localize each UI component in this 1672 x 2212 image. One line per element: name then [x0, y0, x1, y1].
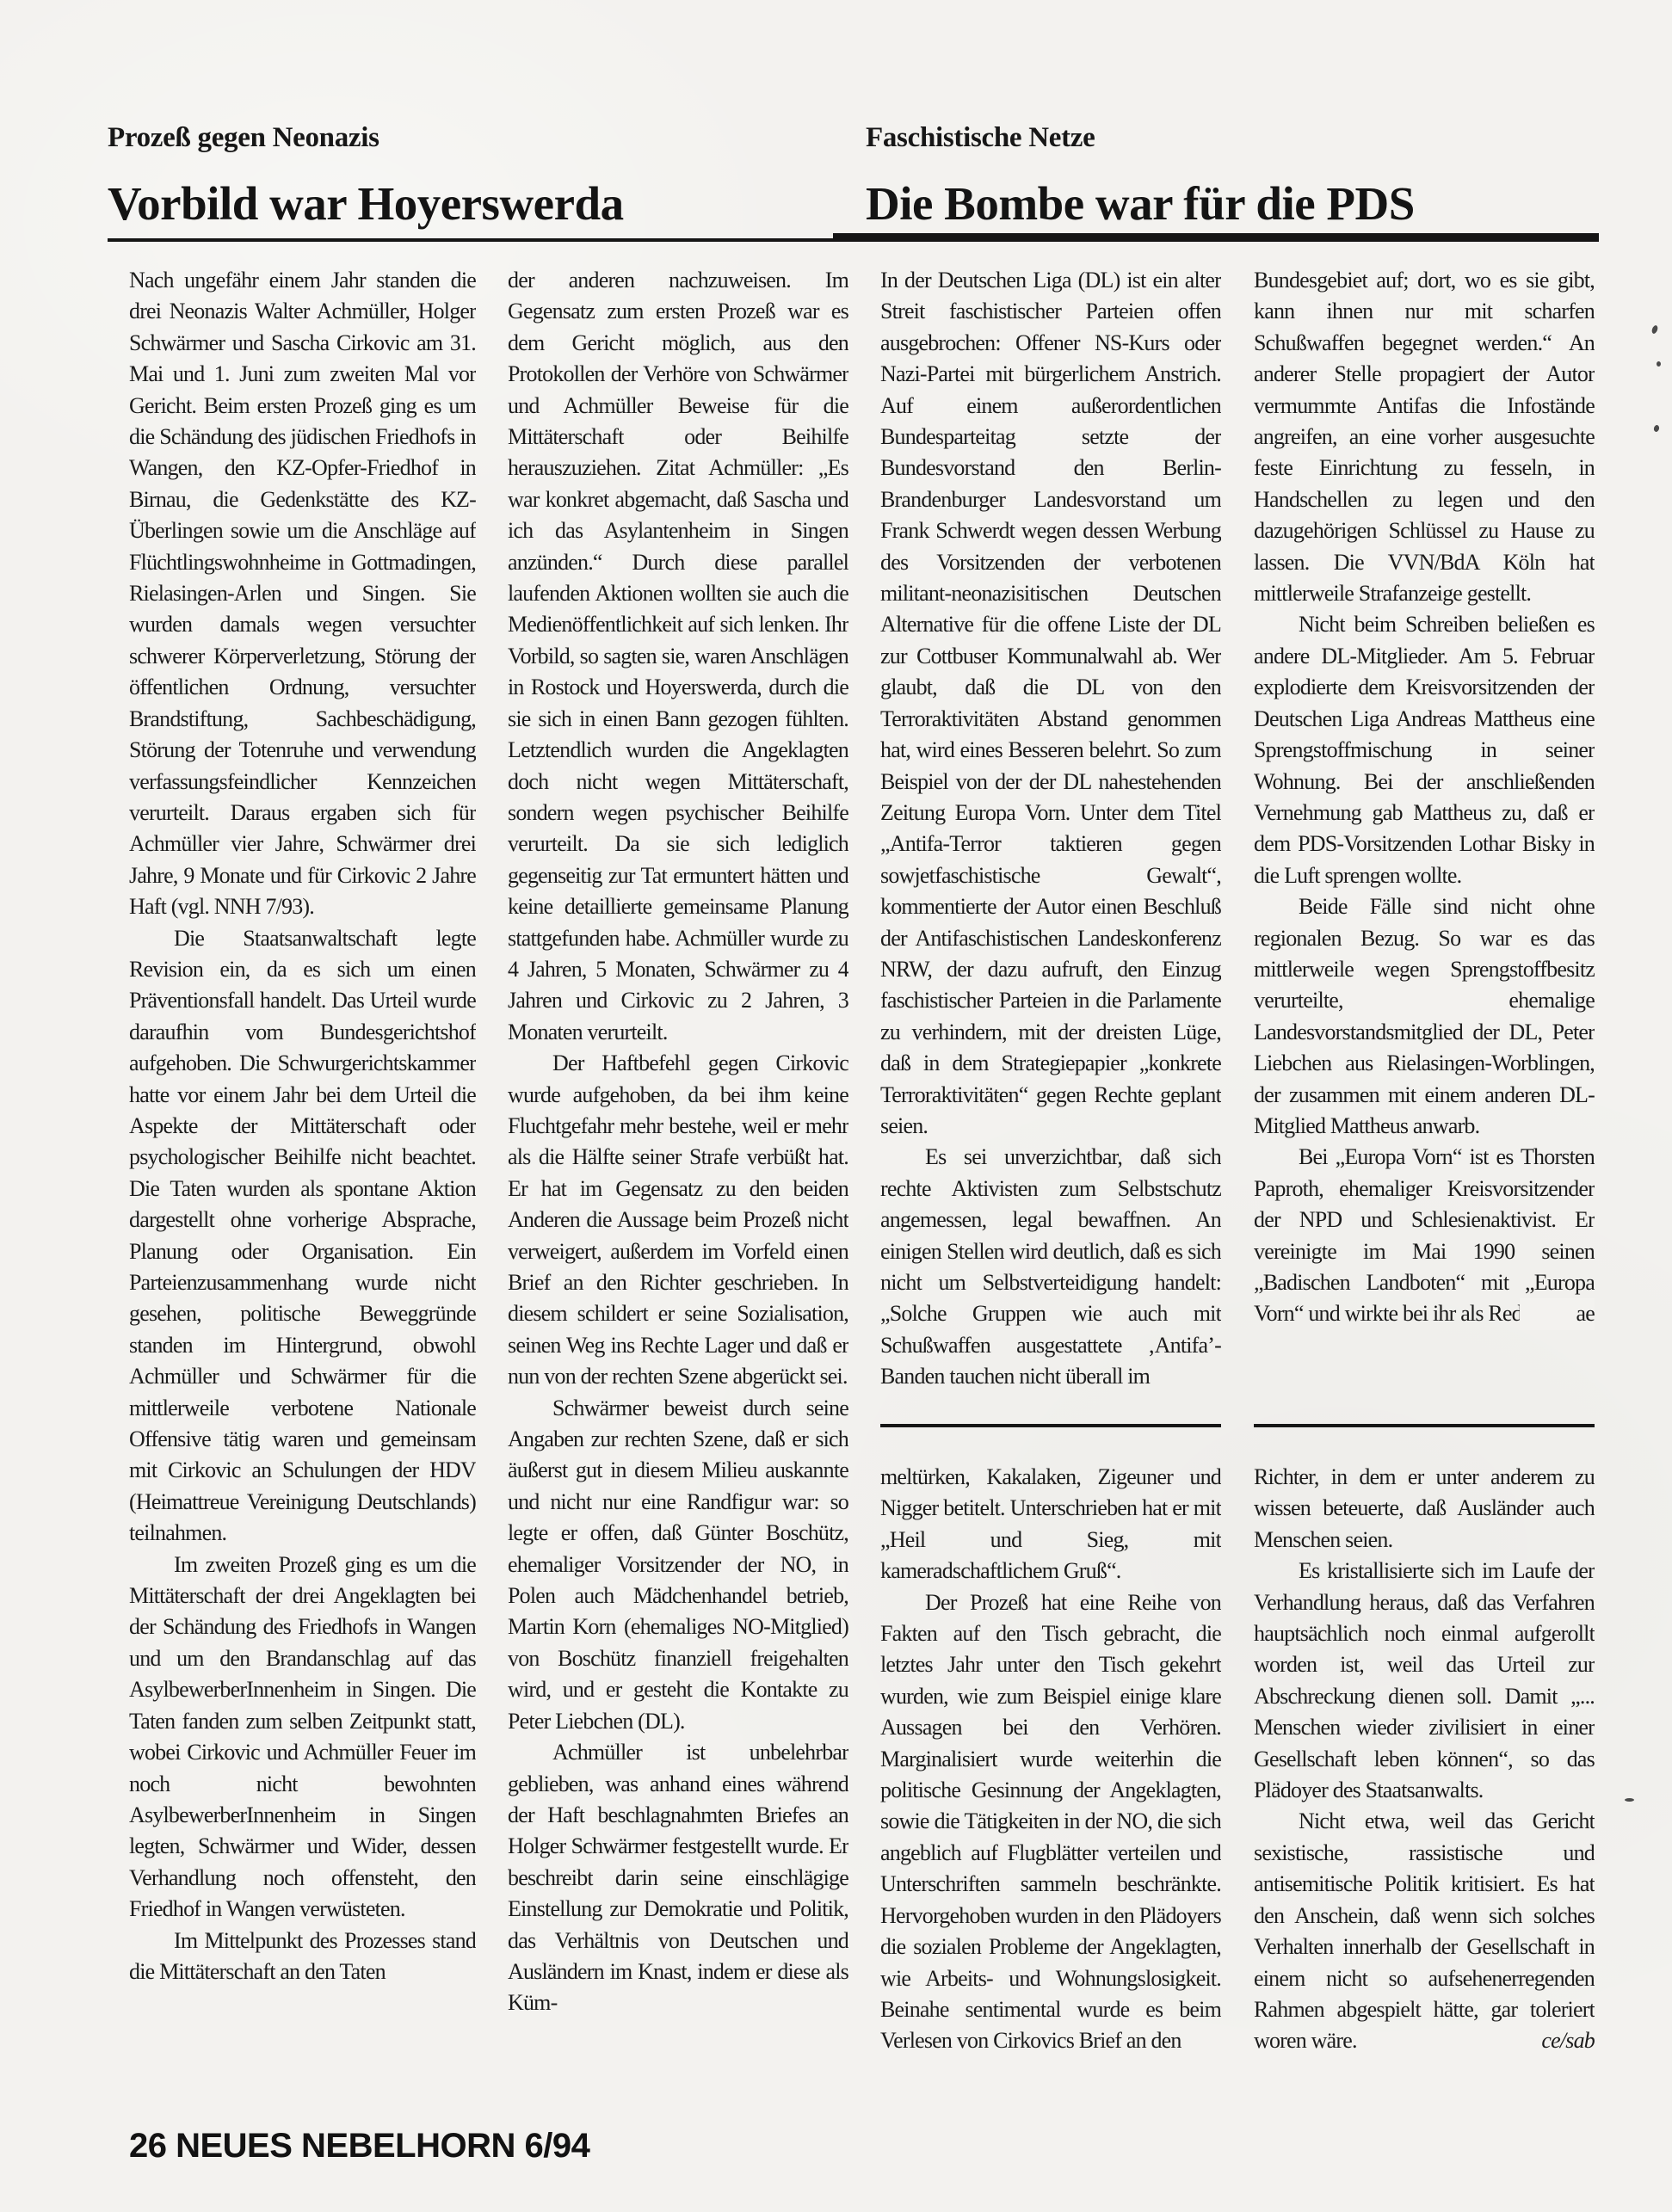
article-right-column-segment: Bundesgebiet auf; dort, wo es sie gibt, … [1254, 265, 1595, 1415]
body-paragraph: Bei „Europa Vorn“ ist es Thorsten Paprot… [1254, 1142, 1595, 1329]
body-paragraph: Nach ungefähr einem Jahr standen die dre… [129, 265, 476, 923]
author-initials: ae [1520, 1298, 1595, 1329]
scan-speck [1657, 361, 1661, 367]
body-paragraph: Der Prozeß hat eine Reihe von Fakten auf… [880, 1587, 1221, 2057]
body-paragraph: Im Mittelpunkt des Prozesses stand die M… [129, 1925, 476, 1988]
article-right-headline: Die Bombe war für die PDS [866, 179, 1606, 229]
body-paragraph: In der Deutschen Liga (DL) ist ein alter… [880, 265, 1221, 1142]
article-right-headline-rule [833, 233, 1599, 242]
body-paragraph: meltürken, Kakalaken, Zigeuner und Nigge… [880, 1462, 1221, 1587]
body-paragraph: Nicht etwa, weil das Gericht sexistische… [1254, 1806, 1595, 2056]
paragraph-text: Nicht etwa, weil das Gericht sexistische… [1254, 1808, 1595, 2053]
article-separator-rule [1254, 1424, 1595, 1427]
article-left-column-segment: Richter, in dem er unter anderem zu wiss… [1254, 1462, 1595, 2057]
article-left-headline-rule [108, 238, 848, 242]
body-paragraph: Die Staatsanwaltschaft legte Revision ei… [129, 923, 476, 1550]
body-paragraph: Der Haftbefehl gegen Cirkovic wurde aufg… [508, 1048, 848, 1392]
body-paragraph: Bundesgebiet auf; dort, wo es sie gibt, … [1254, 265, 1595, 609]
body-paragraph: Es kristallisierte sich im Laufe der Ver… [1254, 1556, 1595, 1806]
article-right-header: Faschistische Netze Die Bombe war für di… [866, 122, 1606, 229]
page-footer: 26 NEUES NEBELHORN 6/94 [129, 2127, 589, 2166]
column-1: Nach ungefähr einem Jahr standen die dre… [129, 265, 476, 2116]
scan-speck [1625, 1798, 1634, 1802]
article-right-kicker: Faschistische Netze [866, 122, 1606, 153]
body-paragraph: Beide Fälle sind nicht ohne regionalen B… [1254, 891, 1595, 1142]
article-left-column-segment: meltürken, Kakalaken, Zigeuner und Nigge… [880, 1462, 1221, 2057]
article-left-headline: Vorbild war Hoyerswerda [108, 179, 848, 229]
scan-speck [1650, 324, 1658, 334]
article-right-column-segment: In der Deutschen Liga (DL) ist ein alter… [880, 265, 1221, 1415]
article-separator-rule [880, 1424, 1221, 1427]
body-paragraph: Achmüller ist unbelehrbar geblieben, was… [508, 1737, 848, 2019]
body-paragraph: Schwärmer beweist durch seine Angaben zu… [508, 1393, 848, 1737]
column-2: der anderen nachzuweisen. Im Gegensatz z… [508, 265, 848, 2116]
body-paragraph: Nicht beim Schreiben beließen es andere … [1254, 609, 1595, 891]
column-4: Bundesgebiet auf; dort, wo es sie gibt, … [1254, 265, 1595, 2116]
body-paragraph: Es sei unverzichtbar, daß sich rechte Ak… [880, 1142, 1221, 1392]
author-initials: ce/sab [1484, 2025, 1595, 2056]
article-left-header: Prozeß gegen Neonazis Vorbild war Hoyers… [108, 122, 848, 229]
magazine-page: Prozeß gegen Neonazis Vorbild war Hoyers… [0, 0, 1672, 2212]
article-left-kicker: Prozeß gegen Neonazis [108, 122, 848, 153]
body-paragraph: der anderen nachzuweisen. Im Gegensatz z… [508, 265, 848, 1048]
body-paragraph: Richter, in dem er unter anderem zu wiss… [1254, 1462, 1595, 1556]
scan-speck [1653, 424, 1660, 432]
body-paragraph: Im zweiten Prozeß ging es um die Mittäte… [129, 1550, 476, 1925]
column-3: In der Deutschen Liga (DL) ist ein alter… [880, 265, 1221, 2116]
